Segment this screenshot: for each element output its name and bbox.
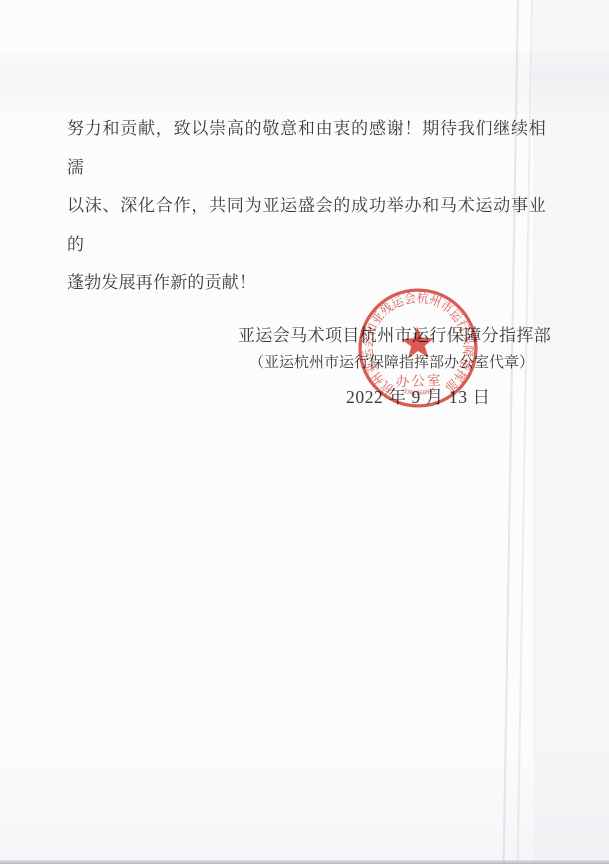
signature-seal-note: （亚运杭州市运行保障指挥部办公室代章）	[249, 351, 534, 372]
body-line: 蓬勃发展再作新的贡献！	[67, 264, 546, 303]
scan-artifact-band	[0, 740, 609, 864]
body-line: 以沫、深化合作，共同为亚运盛会的成功举办和马术运动事业的	[67, 187, 546, 264]
scan-artifact-band	[0, 52, 609, 114]
letter-date: 2022 年 9 月 13 日	[346, 384, 491, 409]
signature-organization: 亚运会马术项目杭州市运行保障分指挥部	[238, 321, 551, 346]
scan-bottom-edge	[0, 860, 609, 864]
body-line: 努力和贡献，致以崇高的敬意和由衷的感谢！期待我们继续相濡	[67, 110, 546, 187]
scanned-letter-page: 努力和贡献，致以崇高的敬意和由衷的感谢！期待我们继续相濡 以沫、深化合作，共同为…	[0, 0, 609, 864]
letter-body-paragraph: 努力和贡献，致以崇高的敬意和由衷的感谢！期待我们继续相濡 以沫、深化合作，共同为…	[67, 110, 546, 303]
